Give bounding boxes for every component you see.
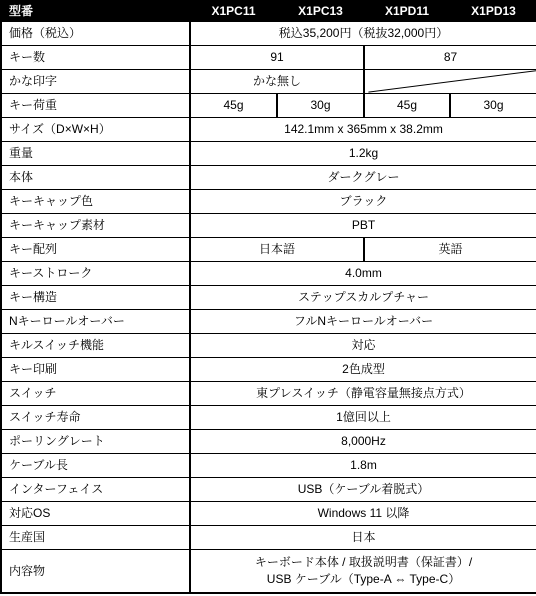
spec-row: キー配列日本語英語 — [1, 238, 536, 262]
spec-value: 1億回以上 — [190, 406, 536, 430]
spec-row-label: ポーリングレート — [1, 430, 190, 454]
spec-value: 45g — [364, 94, 450, 118]
spec-row: キーキャップ素材PBT — [1, 214, 536, 238]
header-row: 型番 X1PC11X1PC13X1PD11X1PD13 — [1, 1, 536, 22]
spec-value: 45g — [190, 94, 277, 118]
spec-row-label: サイズ（D×W×H） — [1, 118, 190, 142]
spec-table: 型番 X1PC11X1PC13X1PD11X1PD13 価格（税込）税込35,2… — [0, 0, 536, 594]
spec-value: ブラック — [190, 190, 536, 214]
spec-row-label: キーキャップ素材 — [1, 214, 190, 238]
spec-value: 東プレスイッチ（静電容量無接点方式） — [190, 382, 536, 406]
spec-row: 生産国日本 — [1, 526, 536, 550]
spec-row: サイズ（D×W×H）142.1mm x 365mm x 38.2mm — [1, 118, 536, 142]
model-column-header: X1PD11 — [364, 1, 450, 22]
spec-value: PBT — [190, 214, 536, 238]
spec-row: ケーブル長1.8m — [1, 454, 536, 478]
spec-value: 税込35,200円（税抜32,000円） — [190, 22, 536, 46]
spec-value: 1.2kg — [190, 142, 536, 166]
spec-row-label: 内容物 — [1, 550, 190, 594]
spec-row-label: キルスイッチ機能 — [1, 334, 190, 358]
spec-value: フルNキーロールオーバー — [190, 310, 536, 334]
spec-row: キー荷重45g30g45g30g — [1, 94, 536, 118]
spec-row-label: インターフェイス — [1, 478, 190, 502]
spec-value: 日本語 — [190, 238, 364, 262]
spec-value: 英語 — [364, 238, 536, 262]
spec-row: スイッチ寿命1億回以上 — [1, 406, 536, 430]
model-column-header: X1PC11 — [190, 1, 277, 22]
spec-value: 91 — [190, 46, 364, 70]
spec-row: 価格（税込）税込35,200円（税抜32,000円） — [1, 22, 536, 46]
spec-row: NキーロールオーバーフルNキーロールオーバー — [1, 310, 536, 334]
spec-value: 30g — [450, 94, 536, 118]
spec-value: 4.0mm — [190, 262, 536, 286]
spec-row-label: 価格（税込） — [1, 22, 190, 46]
spec-value: Windows 11 以降 — [190, 502, 536, 526]
spec-value: 2色成型 — [190, 358, 536, 382]
spec-row-label: キーストローク — [1, 262, 190, 286]
spec-row: ポーリングレート8,000Hz — [1, 430, 536, 454]
spec-row: インターフェイスUSB（ケーブル着脱式） — [1, 478, 536, 502]
spec-row: キルスイッチ機能対応 — [1, 334, 536, 358]
spec-row-label: 対応OS — [1, 502, 190, 526]
spec-row-label: キー印刷 — [1, 358, 190, 382]
spec-value: 87 — [364, 46, 536, 70]
spec-row: キーストローク4.0mm — [1, 262, 536, 286]
spec-row-label: スイッチ — [1, 382, 190, 406]
spec-row: スイッチ東プレスイッチ（静電容量無接点方式） — [1, 382, 536, 406]
spec-row: キーキャップ色ブラック — [1, 190, 536, 214]
spec-row-label: スイッチ寿命 — [1, 406, 190, 430]
spec-row-label: キー数 — [1, 46, 190, 70]
spec-row-label: 本体 — [1, 166, 190, 190]
spec-row: キー数9187 — [1, 46, 536, 70]
spec-row-label: キー構造 — [1, 286, 190, 310]
spec-value: ダークグレー — [190, 166, 536, 190]
spec-row: 対応OSWindows 11 以降 — [1, 502, 536, 526]
spec-row: 本体ダークグレー — [1, 166, 536, 190]
spec-row-label: Nキーロールオーバー — [1, 310, 190, 334]
spec-value: USB（ケーブル着脱式） — [190, 478, 536, 502]
spec-value: 8,000Hz — [190, 430, 536, 454]
spec-value: 30g — [277, 94, 364, 118]
spec-row-label: キー荷重 — [1, 94, 190, 118]
not-applicable-diagonal-cell — [364, 70, 536, 94]
spec-row: キー構造ステップスカルプチャー — [1, 286, 536, 310]
spec-row-label: 生産国 — [1, 526, 190, 550]
header-model-number-label: 型番 — [1, 1, 190, 22]
spec-row-label: ケーブル長 — [1, 454, 190, 478]
spec-value: 対応 — [190, 334, 536, 358]
model-column-header: X1PD13 — [450, 1, 536, 22]
spec-row: キー印刷2色成型 — [1, 358, 536, 382]
spec-row-label: キーキャップ色 — [1, 190, 190, 214]
spec-value: 1.8m — [190, 454, 536, 478]
spec-row: 内容物キーボード本体 / 取扱説明書（保証書）/ USB ケーブル（Type-A… — [1, 550, 536, 594]
spec-table-body: 価格（税込）税込35,200円（税抜32,000円）キー数9187かな印字かな無… — [1, 22, 536, 594]
spec-value: 142.1mm x 365mm x 38.2mm — [190, 118, 536, 142]
spec-row: かな印字かな無し — [1, 70, 536, 94]
spec-row: 重量1.2kg — [1, 142, 536, 166]
spec-row-label: かな印字 — [1, 70, 190, 94]
spec-value: かな無し — [190, 70, 364, 94]
spec-value: 日本 — [190, 526, 536, 550]
spec-value: ステップスカルプチャー — [190, 286, 536, 310]
spec-row-label: キー配列 — [1, 238, 190, 262]
spec-value: キーボード本体 / 取扱説明書（保証書）/ USB ケーブル（Type-A ⇔ … — [190, 550, 536, 594]
model-column-header: X1PC13 — [277, 1, 364, 22]
spec-row-label: 重量 — [1, 142, 190, 166]
diagonal-line-icon — [365, 70, 536, 93]
